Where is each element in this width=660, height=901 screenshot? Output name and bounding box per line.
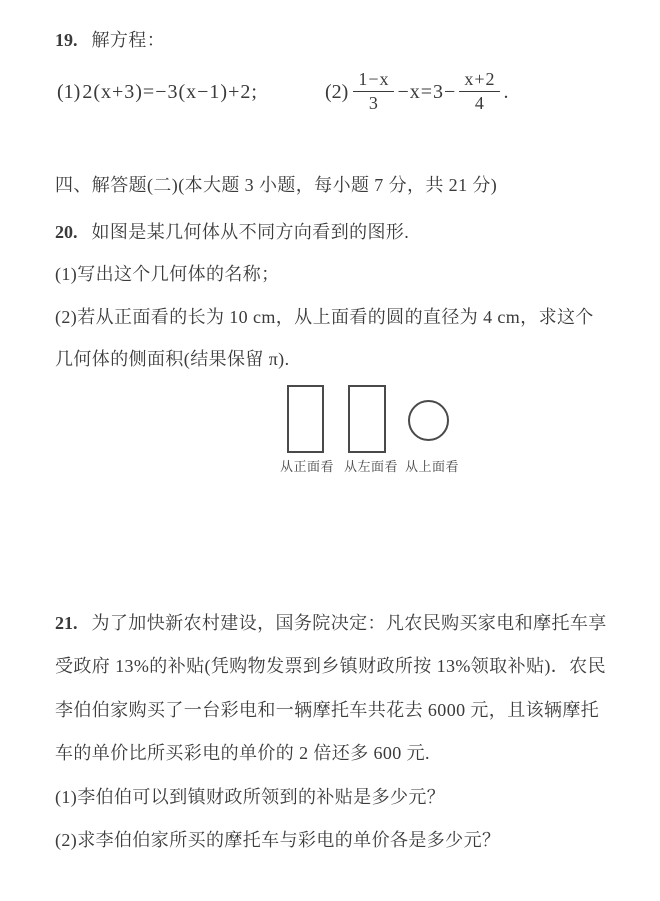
section-4-heading: 四、解答题(二)(本大题 3 小题，每小题 7 分，共 21 分) bbox=[55, 172, 497, 198]
three-views-figure: 从正面看 从左面看 从上面看 bbox=[0, 383, 660, 478]
fraction-2-denominator: 4 bbox=[475, 92, 485, 115]
problem-19-number: 19. bbox=[55, 30, 78, 50]
problem-20-number: 20. bbox=[55, 222, 78, 242]
left-view-label: 从左面看 bbox=[344, 456, 398, 475]
problem-20-intro-line: 20.如图是某几何体从不同方向看到的图形. bbox=[55, 219, 409, 245]
fraction-2-numerator: x+2 bbox=[459, 69, 500, 92]
equation-2: (2) 1−x 3 −x=3− x+2 4 . bbox=[325, 66, 509, 118]
top-view-label: 从上面看 bbox=[405, 456, 459, 475]
problem-21-line4: 车的单价比所买彩电的单价的 2 倍还多 600 元. bbox=[55, 740, 430, 766]
problem-21-line1: 21.为了加快新农村建设，国务院决定：凡农民购买家电和摩托车享 bbox=[55, 610, 607, 636]
fraction-1-denominator: 3 bbox=[369, 92, 379, 115]
equation-1-label: (1) bbox=[57, 81, 80, 104]
equation-1: (1)2(x+3)=−3(x−1)+2; bbox=[57, 66, 258, 118]
problem-20-intro: 如图是某几何体从不同方向看到的图形. bbox=[92, 222, 410, 242]
equation-2-middle: −x=3− bbox=[397, 81, 456, 104]
problem-20-part2-line1: (2)若从正面看的长为 10 cm，从上面看的圆的直径为 4 cm，求这个 bbox=[55, 304, 594, 330]
fraction-1: 1−x 3 bbox=[353, 69, 394, 114]
problem-19-title: 解方程： bbox=[92, 30, 166, 50]
problem-21-part2: (2)求李伯伯家所买的摩托车与彩电的单价各是多少元？ bbox=[55, 827, 500, 853]
equation-1-body: 2(x+3)=−3(x−1)+2; bbox=[82, 81, 258, 104]
front-view-label: 从正面看 bbox=[280, 456, 334, 475]
top-view-circle bbox=[408, 400, 449, 441]
problem-21-line1-text: 为了加快新农村建设，国务院决定：凡农民购买家电和摩托车享 bbox=[92, 613, 607, 633]
left-view-rectangle bbox=[348, 385, 386, 453]
problem-20-part2-line2: 几何体的侧面积(结果保留 π). bbox=[55, 346, 289, 372]
fraction-1-numerator: 1−x bbox=[353, 69, 394, 92]
problem-19-title-line: 19.解方程： bbox=[55, 27, 165, 53]
equation-2-period: . bbox=[503, 81, 509, 104]
problem-20-part1: (1)写出这个几何体的名称； bbox=[55, 261, 280, 287]
equation-2-label: (2) bbox=[325, 81, 348, 104]
worksheet-page: 19.解方程： (1)2(x+3)=−3(x−1)+2; (2) 1−x 3 −… bbox=[0, 0, 660, 901]
problem-21-part1: (1)李伯伯可以到镇财政所领到的补贴是多少元？ bbox=[55, 784, 445, 810]
problem-21-line2: 受政府 13%的补贴(凭购物发票到乡镇财政所按 13%领取补贴)．农民 bbox=[55, 653, 606, 679]
problem-21-number: 21. bbox=[55, 613, 78, 633]
fraction-2: x+2 4 bbox=[459, 69, 500, 114]
front-view-rectangle bbox=[287, 385, 324, 453]
problem-21-line3: 李伯伯家购买了一台彩电和一辆摩托车共花去 6000 元，且该辆摩托 bbox=[55, 697, 599, 723]
